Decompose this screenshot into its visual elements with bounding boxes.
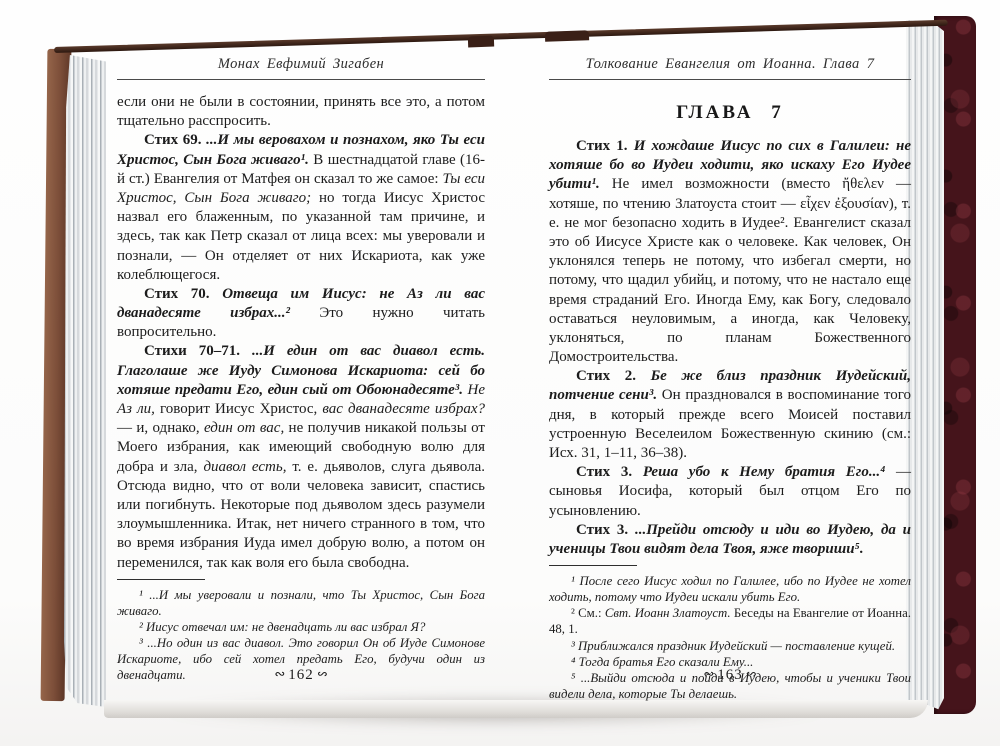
page-number-value: 163 [717,667,743,683]
text-run: Стих 69. [144,132,206,148]
page-ornament-icon: ∾ [745,667,757,682]
footnote: ² Иисус отвечал им: не двенадцать ли вас… [117,619,485,635]
right-page-body: Стих 1. И хождаше Иисус по сих в Галилеи… [549,137,911,559]
footnote: ³ Приближался праздник Иудейский — поста… [549,638,911,654]
footnote: ¹ После сего Иисус ходил по Галилее, ибо… [549,573,911,605]
paragraph: Стих 69. ...И мы веровахом и познахом, я… [117,131,485,285]
text-run: ¹ ...И мы уверовали и познали, что Ты Хр… [117,588,485,618]
text-run: един от вас, [204,420,284,436]
page-ornament-icon: ∾ [703,667,715,682]
right-page: Толкование Евангелия от Иоанна. Глава 7 … [549,56,911,660]
page-number-value: 162 [288,667,314,683]
text-run: Не имел возможности (вместо ἤθελεν — хот… [549,176,911,365]
text-run: если они не были в состоянии, принять вс… [117,94,485,129]
text-run: — и, однако, [117,420,204,436]
text-run: Стих 70. [144,286,222,302]
text-run: говорит Иисус Христос, [155,401,322,417]
text-run: т. е. дьяволов, слуга дьявола. Отсюда ви… [117,459,485,571]
text-run: ² Иисус отвечал им: не двенадцать ли вас… [139,620,425,634]
footnote: ¹ ...И мы уверовали и познали, что Ты Хр… [117,587,485,619]
paragraph: Стих 2. Бе же близ праздник Иудейский, п… [549,367,911,463]
text-run: Реша убо к Нему братия Его...⁴ [643,464,885,480]
paragraph: Стих 3. Реша убо к Нему братия Его...⁴ —… [549,463,911,521]
chapter-title: ГЛАВА 7 [549,102,911,124]
paragraph: Стих 1. И хождаше Иисус по сих в Галилеи… [549,137,911,367]
footnote: ² См.: Свт. Иоанн Златоуст. Беседы на Ев… [549,605,911,637]
paragraph: Стихи 70–71. ...И един от вас диавол ест… [117,342,485,572]
paragraph: если они не были в состоянии, принять вс… [117,93,485,131]
text-run: ² См.: [571,606,605,620]
running-head-right: Толкование Евангелия от Иоанна. Глава 7 [549,56,911,80]
text-run: Стих 2. [576,368,651,384]
book-photo: Монах Евфимий Зигабен если они не были в… [0,0,1000,746]
text-run: Стих 3. [576,464,643,480]
paragraph: Стих 70. Отвеща им Иисус: не Аз ли вас д… [117,285,485,343]
text-run: ¹ После сего Иисус ходил по Галилее, ибо… [549,574,911,604]
text-run: вас дванадесяте избрах? [322,401,485,417]
page-number-left: ∾162∾ [117,667,485,684]
footnote-separator [549,565,637,566]
left-page-body: если они не были в состоянии, принять вс… [117,93,485,573]
running-head-left: Монах Евфимий Зигабен [117,56,485,80]
text-run: диавол есть, [203,459,286,475]
text-run: Стих 1. [576,138,634,154]
text-run: Стих 3. [576,522,635,538]
footnote-separator [117,579,205,580]
paragraph: Стих 3. ...Прейди отсюду и иди во Иудею,… [549,521,911,559]
text-run: Свт. Иоанн Златоуст. [605,606,731,620]
page-ornament-icon: ∾ [274,667,286,682]
page-ornament-icon: ∾ [316,667,328,682]
text-run: ³ Приближался праздник Иудейский — поста… [571,639,895,653]
text-run: Стихи 70–71. [144,343,252,359]
page-number-right: ∾163∾ [549,667,911,684]
left-page: Монах Евфимий Зигабен если они не были в… [117,56,485,660]
